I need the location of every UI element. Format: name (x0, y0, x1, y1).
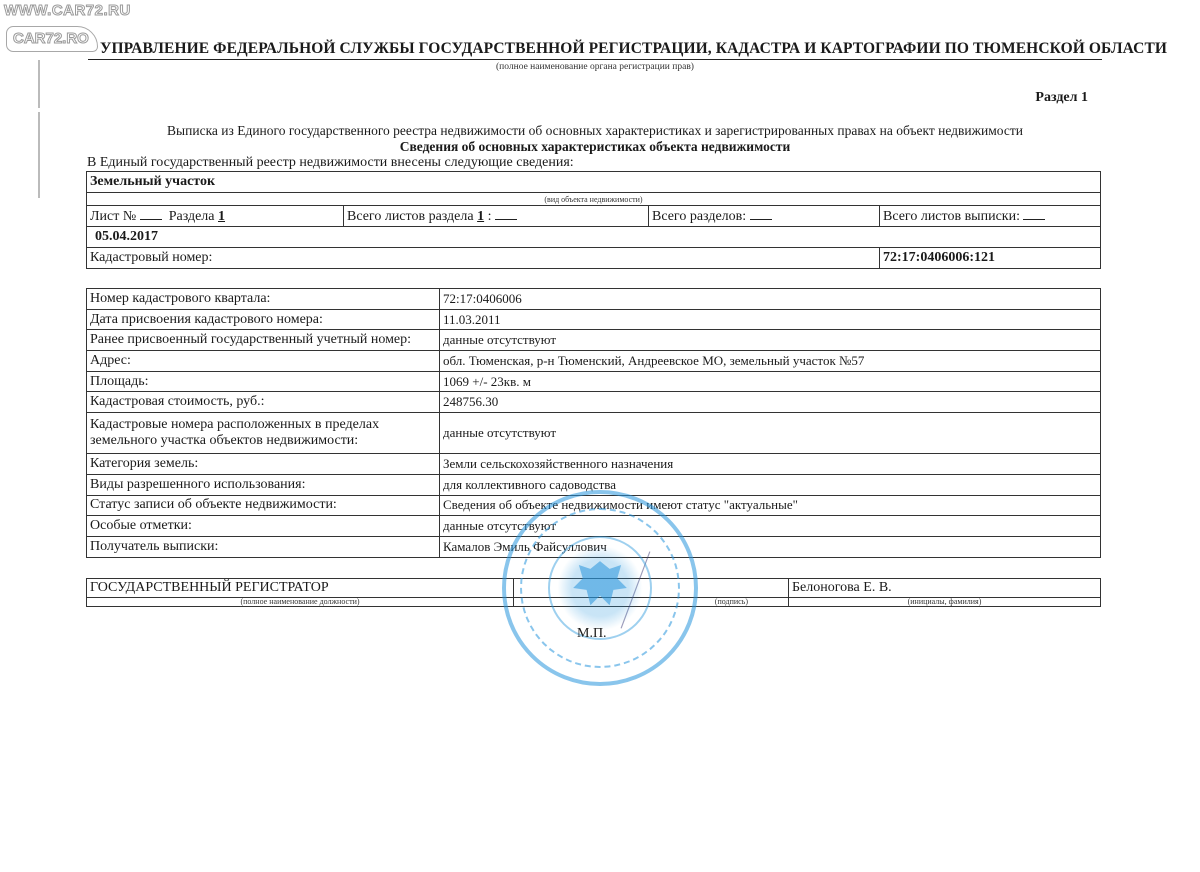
table-row: Дата присвоения кадастрового номера:11.0… (87, 309, 1101, 330)
object-type: Земельный участок (87, 172, 1101, 193)
registrar-name: Белоногова Е. В. (789, 579, 1101, 598)
extract-date: 05.04.2017 (87, 227, 1101, 248)
property-value: 11.03.2011 (440, 309, 1101, 330)
total-sections-label: Всего разделов: (652, 209, 746, 224)
staple-mark (38, 60, 40, 108)
table-row: Ранее присвоенный государственный учетны… (87, 330, 1101, 351)
intro-text: В Единый государственный реестр недвижим… (87, 155, 574, 171)
official-stamp (502, 490, 698, 686)
property-value: обл. Тюменская, р-н Тюменский, Андреевск… (440, 351, 1101, 372)
sheet-label: Лист № (90, 209, 136, 224)
organization-name: УПРАВЛЕНИЕ ФЕДЕРАЛЬНОЙ СЛУЖБЫ ГОСУДАРСТВ… (88, 40, 1102, 60)
watermark-site-text: WWW.CAR72.RU (4, 2, 131, 19)
table-row: Номер кадастрового квартала:72:17:040600… (87, 289, 1101, 310)
position-caption: (полное наименование должности) (87, 598, 514, 607)
property-value: для коллективного садоводства (440, 474, 1101, 495)
total-sections-cell: Всего разделов: (649, 206, 880, 227)
total-sheets-blank (1023, 208, 1045, 220)
table-row: Кадастровая стоимость, руб.:248756.30 (87, 392, 1101, 413)
table-row: Категория земель:Земли сельскохозяйствен… (87, 454, 1101, 475)
property-key: Категория земель: (87, 454, 440, 475)
section-sheets-label: Всего листов раздела (347, 209, 474, 224)
total-sections-blank (750, 208, 772, 220)
section-sheets-cell: Всего листов раздела 1 : (344, 206, 649, 227)
property-key: Кадастровые номера расположенных в преде… (87, 413, 440, 454)
property-key: Адрес: (87, 351, 440, 372)
property-value: Земли сельскохозяйственного назначения (440, 454, 1101, 475)
cadastral-number: 72:17:0406006:121 (880, 248, 1101, 269)
section-sheets-blank (495, 208, 517, 220)
name-caption: (инициалы, фамилия) (789, 598, 1101, 607)
watermark-car-logo: CAR72.RO (6, 26, 98, 52)
property-value: 72:17:0406006 (440, 289, 1101, 310)
section-value: 1 (218, 209, 225, 224)
property-key: Ранее присвоенный государственный учетны… (87, 330, 440, 351)
object-type-caption: (вид объекта недвижимости) (87, 193, 1101, 206)
property-key: Виды разрешенного использования: (87, 474, 440, 495)
property-key: Кадастровая стоимость, руб.: (87, 392, 440, 413)
section-label: Раздела (169, 209, 215, 224)
stamp-emblem-icon (506, 494, 694, 682)
property-value: данные отсутствуют (440, 330, 1101, 351)
seal-label: М.П. (577, 626, 607, 642)
total-sheets-label: Всего листов выписки: (883, 209, 1020, 224)
document-subtitle: Сведения об основных характеристиках объ… (88, 139, 1102, 155)
property-key: Статус записи об объекте недвижимости: (87, 495, 440, 516)
object-header-table: Земельный участок (вид объекта недвижимо… (86, 171, 1101, 269)
property-value: данные отсутствуют (440, 413, 1101, 454)
property-key: Номер кадастрового квартала: (87, 289, 440, 310)
property-key: Дата присвоения кадастрового номера: (87, 309, 440, 330)
cadastral-number-label: Кадастровый номер: (87, 248, 880, 269)
section-number: Раздел 1 (1035, 90, 1088, 106)
property-key: Площадь: (87, 371, 440, 392)
sheet-number-blank (140, 208, 162, 220)
table-row: Кадастровые номера расположенных в преде… (87, 413, 1101, 454)
total-sheets-cell: Всего листов выписки: (880, 206, 1101, 227)
section-sheets-value: 1 (477, 209, 484, 224)
table-row: Адрес:обл. Тюменская, р-н Тюменский, Анд… (87, 351, 1101, 372)
staple-mark (38, 112, 40, 198)
sheet-number-cell: Лист № Раздела 1 (87, 206, 344, 227)
property-key: Особые отметки: (87, 516, 440, 537)
property-value: 248756.30 (440, 392, 1101, 413)
registrar-position: ГОСУДАРСТВЕННЫЙ РЕГИСТРАТОР (87, 579, 514, 598)
property-key: Получатель выписки: (87, 536, 440, 557)
table-row: Площадь:1069 +/- 23кв. м (87, 371, 1101, 392)
property-value: 1069 +/- 23кв. м (440, 371, 1101, 392)
document-title: Выписка из Единого государственного реес… (88, 123, 1102, 139)
organization-caption: (полное наименование органа регистрации … (88, 62, 1102, 72)
